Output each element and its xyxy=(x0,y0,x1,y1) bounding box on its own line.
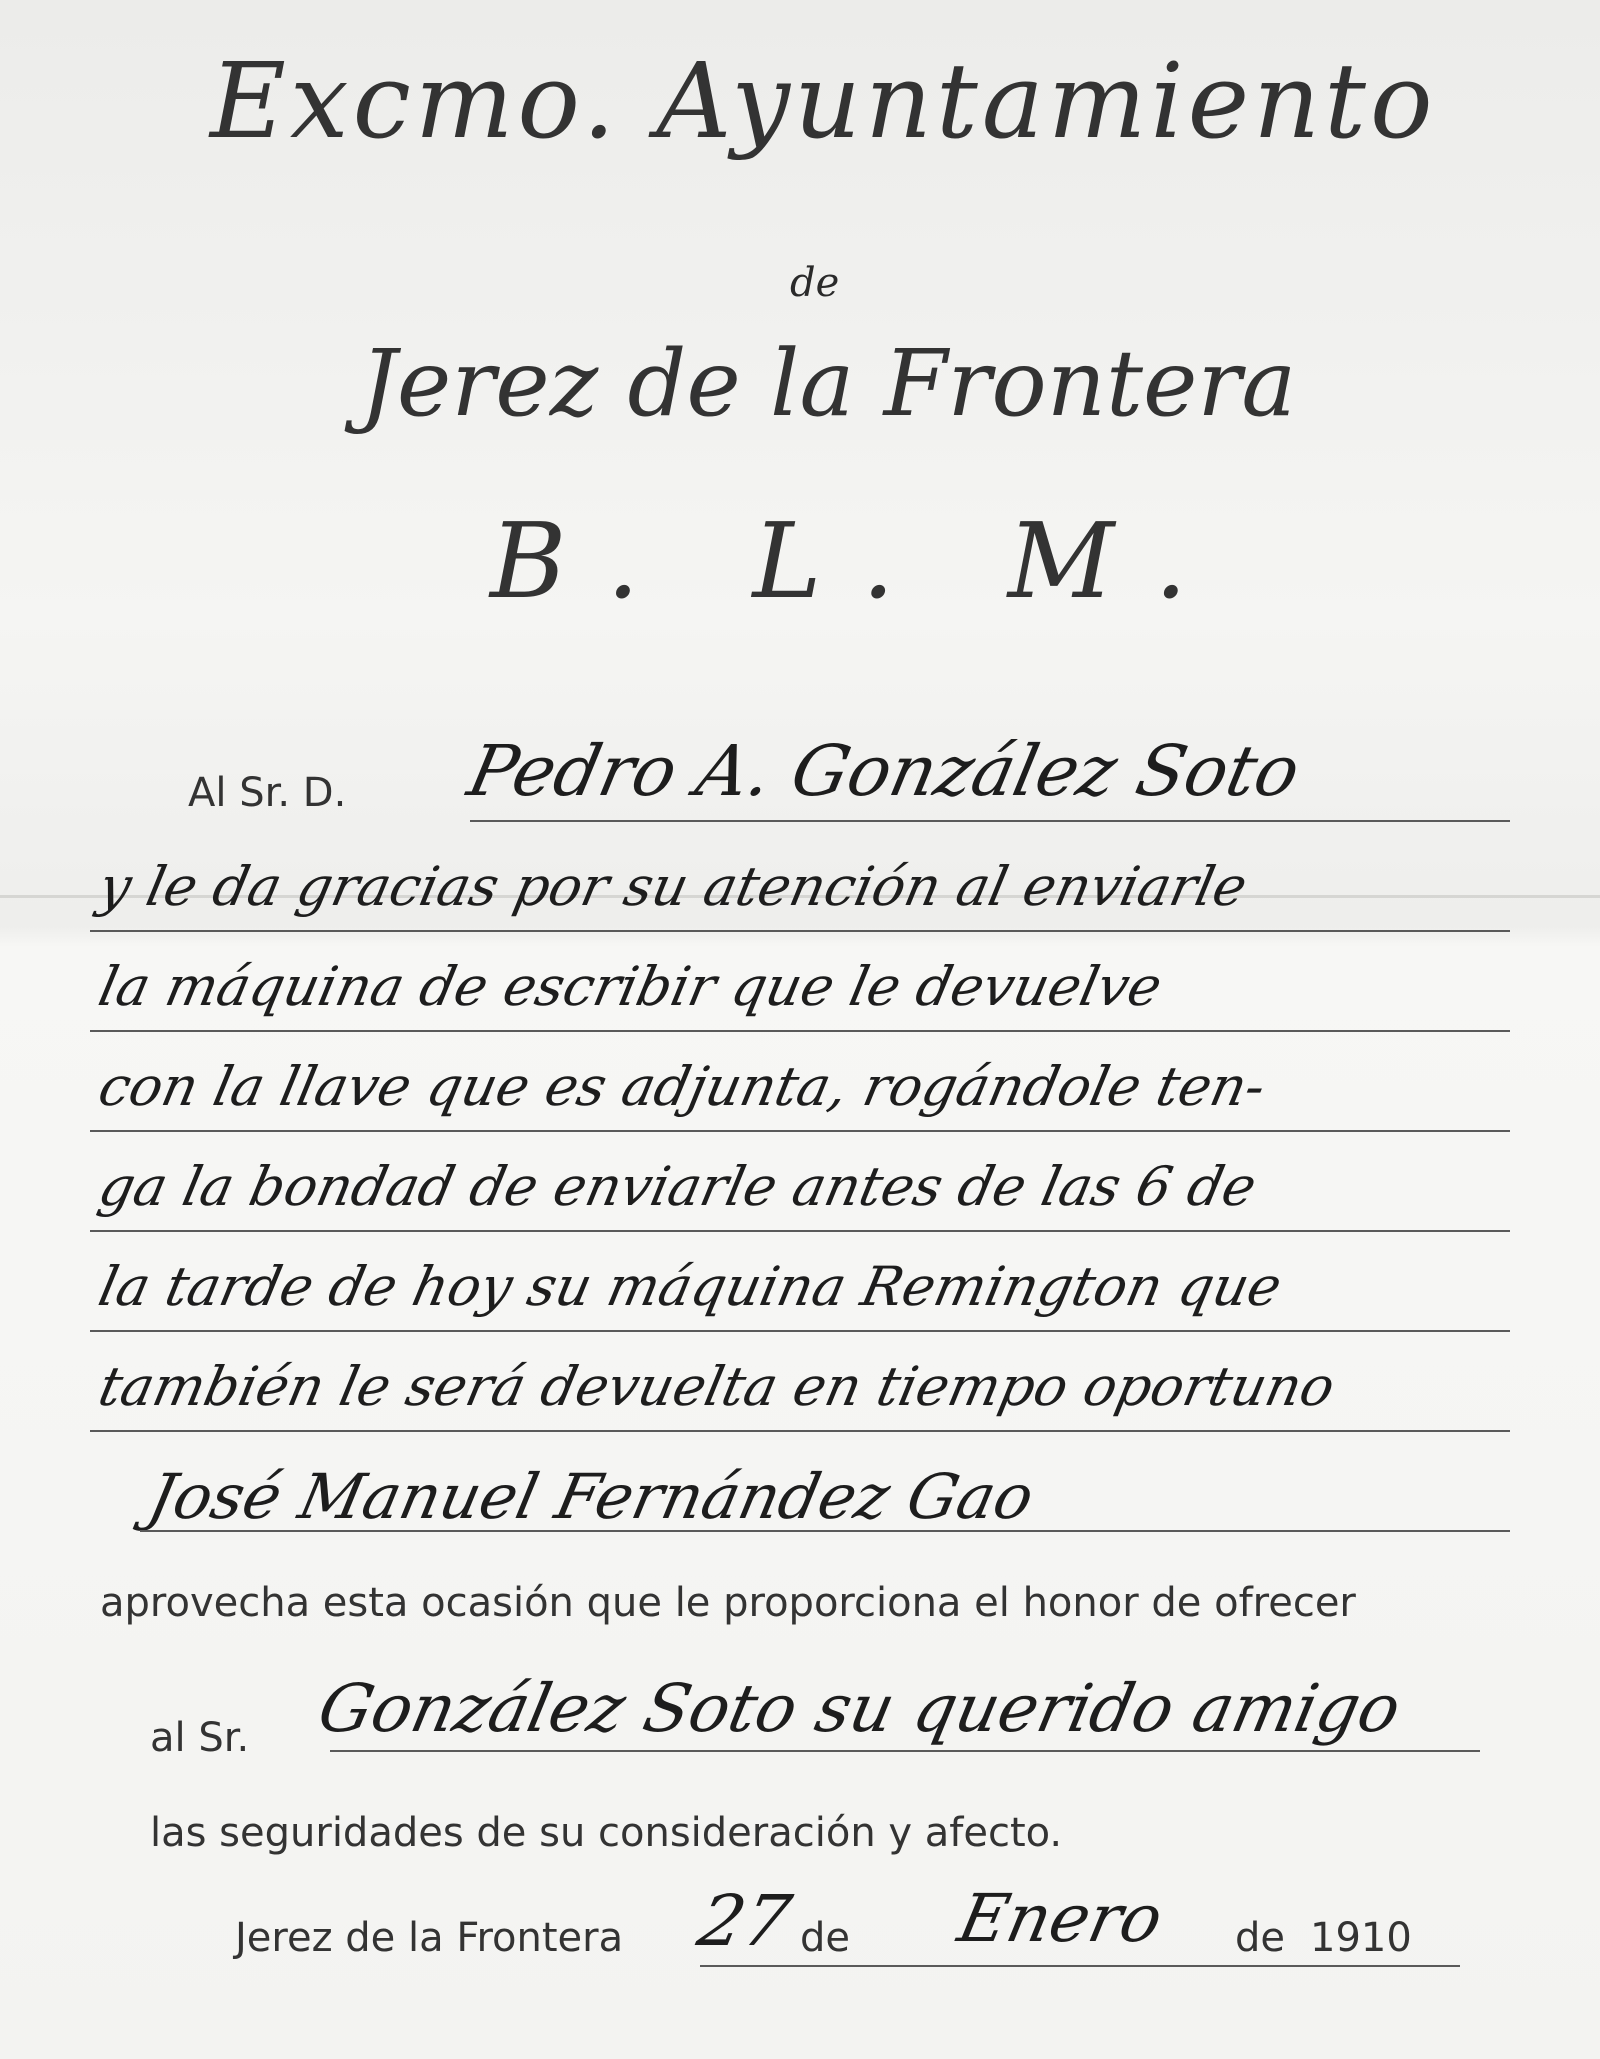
underline xyxy=(90,1430,1510,1432)
underline xyxy=(90,1030,1510,1032)
sender-name: José Manuel Fernández Gao xyxy=(142,1460,1040,1533)
underline xyxy=(700,1965,1460,1967)
underline xyxy=(90,1230,1510,1232)
date-year: 1910 xyxy=(1310,1915,1412,1961)
body-line: la tarde de hoy su máquina Remington que xyxy=(93,1255,1287,1318)
salutation: B. L. M. xyxy=(490,500,1227,622)
date-day: 27 xyxy=(691,1880,798,1962)
underline xyxy=(140,1530,1510,1532)
underline xyxy=(90,1130,1510,1132)
body-line: y le da gracias por su atención al envia… xyxy=(93,855,1252,918)
date-month: Enero xyxy=(952,1880,1169,1957)
date-de: de xyxy=(800,1915,850,1961)
body-line: ga la bondad de enviarle antes de las 6 … xyxy=(93,1155,1261,1218)
date-de-2: de xyxy=(1235,1915,1285,1961)
body-line: la máquina de escribir que le devuelve xyxy=(93,955,1167,1018)
underline xyxy=(90,930,1510,932)
letterhead-city: Jerez de la Frontera xyxy=(360,330,1296,437)
recipient-prefix: Al Sr. D. xyxy=(188,770,346,816)
date-place: Jerez de la Frontera xyxy=(235,1915,623,1961)
closing-line-2-prefix: al Sr. xyxy=(150,1715,249,1761)
underline xyxy=(330,1750,1480,1752)
body-line: con la llave que es adjunta, rogándole t… xyxy=(93,1055,1271,1118)
closing-line-1: aprovecha esta ocasión que le proporcion… xyxy=(100,1580,1356,1626)
underline xyxy=(90,1330,1510,1332)
closing-line-3: las seguridades de su consideración y af… xyxy=(150,1810,1062,1856)
recipient-name: Pedro A. González Soto xyxy=(461,730,1307,812)
underline xyxy=(470,820,1510,822)
closing-line-2-hand: González Soto su querido amigo xyxy=(312,1670,1407,1747)
body-line: también le será devuelta en tiempo oport… xyxy=(93,1355,1340,1418)
letterhead-connector: de xyxy=(790,260,839,306)
letterhead-title: Excmo. Ayuntamiento xyxy=(210,40,1437,162)
